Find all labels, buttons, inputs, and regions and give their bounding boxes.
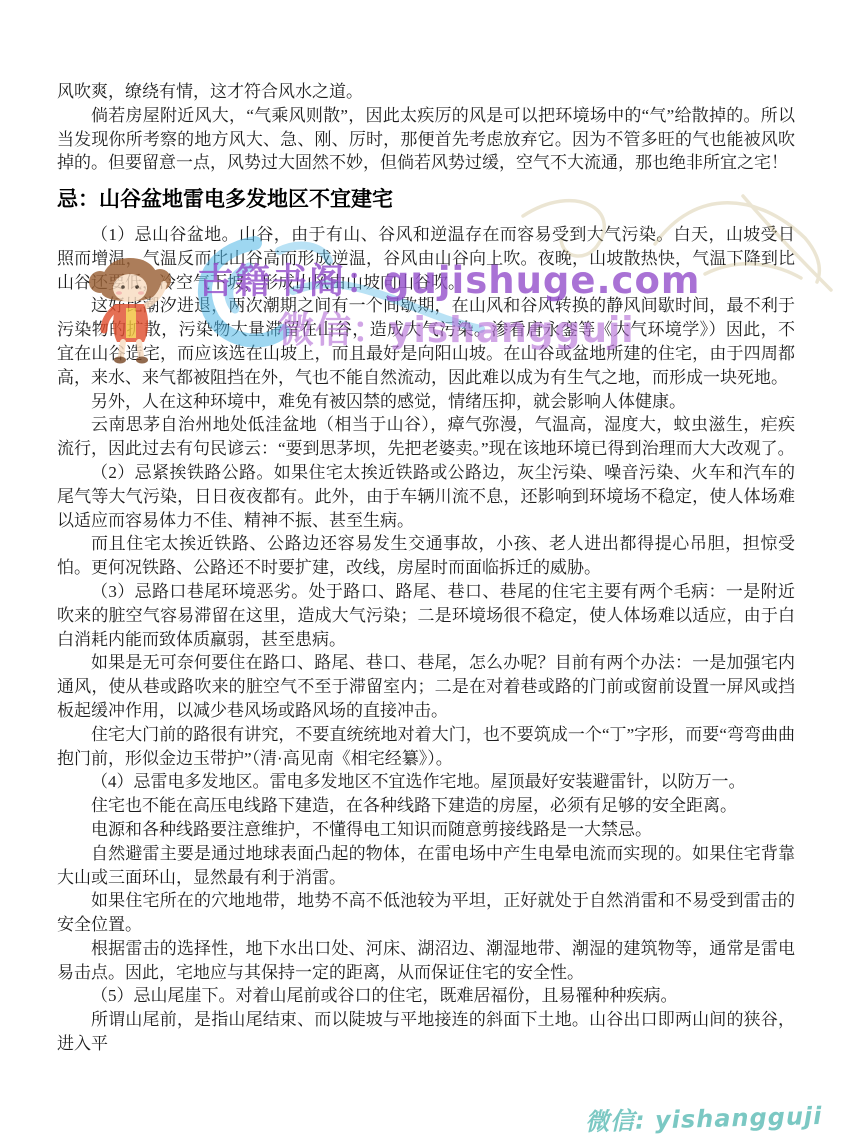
intro-paragraphs: 风吹爽，缭绕有情，这才符合风水之道。倘若房屋附近风大，“气乘风则散”，因此太疾厉…	[57, 80, 795, 175]
paragraph: 住宅也不能在高压电线路下建造，在各种线路下建造的房屋，必须有足够的安全距离。	[57, 794, 795, 818]
article-body: 风吹爽，缭绕有情，这才符合风水之道。倘若房屋附近风大，“气乘风则散”，因此太疾厉…	[57, 80, 795, 1056]
paragraph: 如果是无可奈何要住在路口、路尾、巷口、巷尾，怎么办呢？目前有两个办法：一是加强宅…	[57, 651, 795, 722]
paragraph: 另外，人在这种环境中，难免有被囚禁的感觉，情绪压抑，就会影响人体健康。	[57, 390, 795, 414]
paragraph: （4）忌雷电多发地区。雷电多发地区不宜选作宅地。屋顶最好安装避雷针，以防万一。	[57, 770, 795, 794]
paragraph: 这好比潮汐进退，两次潮期之间有一个间歇期，在山风和谷风转换的静风间歇时间，最不利…	[57, 294, 795, 389]
paragraph: 住宅大门前的路很有讲究，不要直统统地对着大门，也不要筑成一个“丁”字形，而要“弯…	[57, 723, 795, 771]
paragraph: 如果住宅所在的穴地地带，地势不高不低池较为平坦，正好就处于自然消雷和不易受到雷击…	[57, 889, 795, 937]
paragraph: 电源和各种线路要注意维护，不懂得电工知识而随意剪接线路是一大禁忌。	[57, 818, 795, 842]
paragraph: 而且住宅太挨近铁路、公路边还容易发生交通事故，小孩、老人进出都得提心吊胆，担惊受…	[57, 532, 795, 580]
section-heading: 忌：山谷盆地雷电多发地区不宜建宅	[57, 188, 795, 212]
corner-wechat-watermark: 微信: yishangguji	[585, 1096, 823, 1137]
paragraph: 根据雷击的选择性，地下水出口处、河床、湖沼边、潮湿地带、潮湿的建筑物等，通常是雷…	[57, 937, 795, 985]
paragraph: 风吹爽，缭绕有情，这才符合风水之道。	[57, 80, 795, 104]
paragraph: （1）忌山谷盆地。山谷，由于有山、谷风和逆温存在而容易受到大气污染。白天，山坡受…	[57, 223, 795, 294]
paragraph: 所谓山尾前，是指山尾结束、而以陡坡与平地接连的斜面下土地。山谷出口即两山间的狭谷…	[57, 1008, 795, 1056]
paragraph: （3）忌路口巷尾环境恶劣。处于路口、路尾、巷口、巷尾的住宅主要有两个毛病：一是附…	[57, 580, 795, 651]
paragraph: 倘若房屋附近风大，“气乘风则散”，因此太疾厉的风是可以把环境场中的“气”给散掉的…	[57, 104, 795, 175]
body-paragraphs: （1）忌山谷盆地。山谷，由于有山、谷风和逆温存在而容易受到大气污染。白天，山坡受…	[57, 223, 795, 1056]
paragraph: 云南思茅自治州地处低洼盆地（相当于山谷），瘴气弥漫，气温高，湿度大，蚊虫滋生，疟…	[57, 413, 795, 461]
paragraph: （2）忌紧挨铁路公路。如果住宅太挨近铁路或公路边，灰尘污染、噪音污染、火车和汽车…	[57, 461, 795, 532]
paragraph: 自然避雷主要是通过地球表面凸起的物体，在雷电场中产生电晕电流而实现的。如果住宅背…	[57, 842, 795, 890]
document-page: 风吹爽，缭绕有情，这才符合风水之道。倘若房屋附近风大，“气乘风则散”，因此太疾厉…	[0, 0, 853, 1144]
paragraph: （5）忌山尾崖下。对着山尾前或谷口的住宅，既难居福份，且易罹种种疾病。	[57, 984, 795, 1008]
